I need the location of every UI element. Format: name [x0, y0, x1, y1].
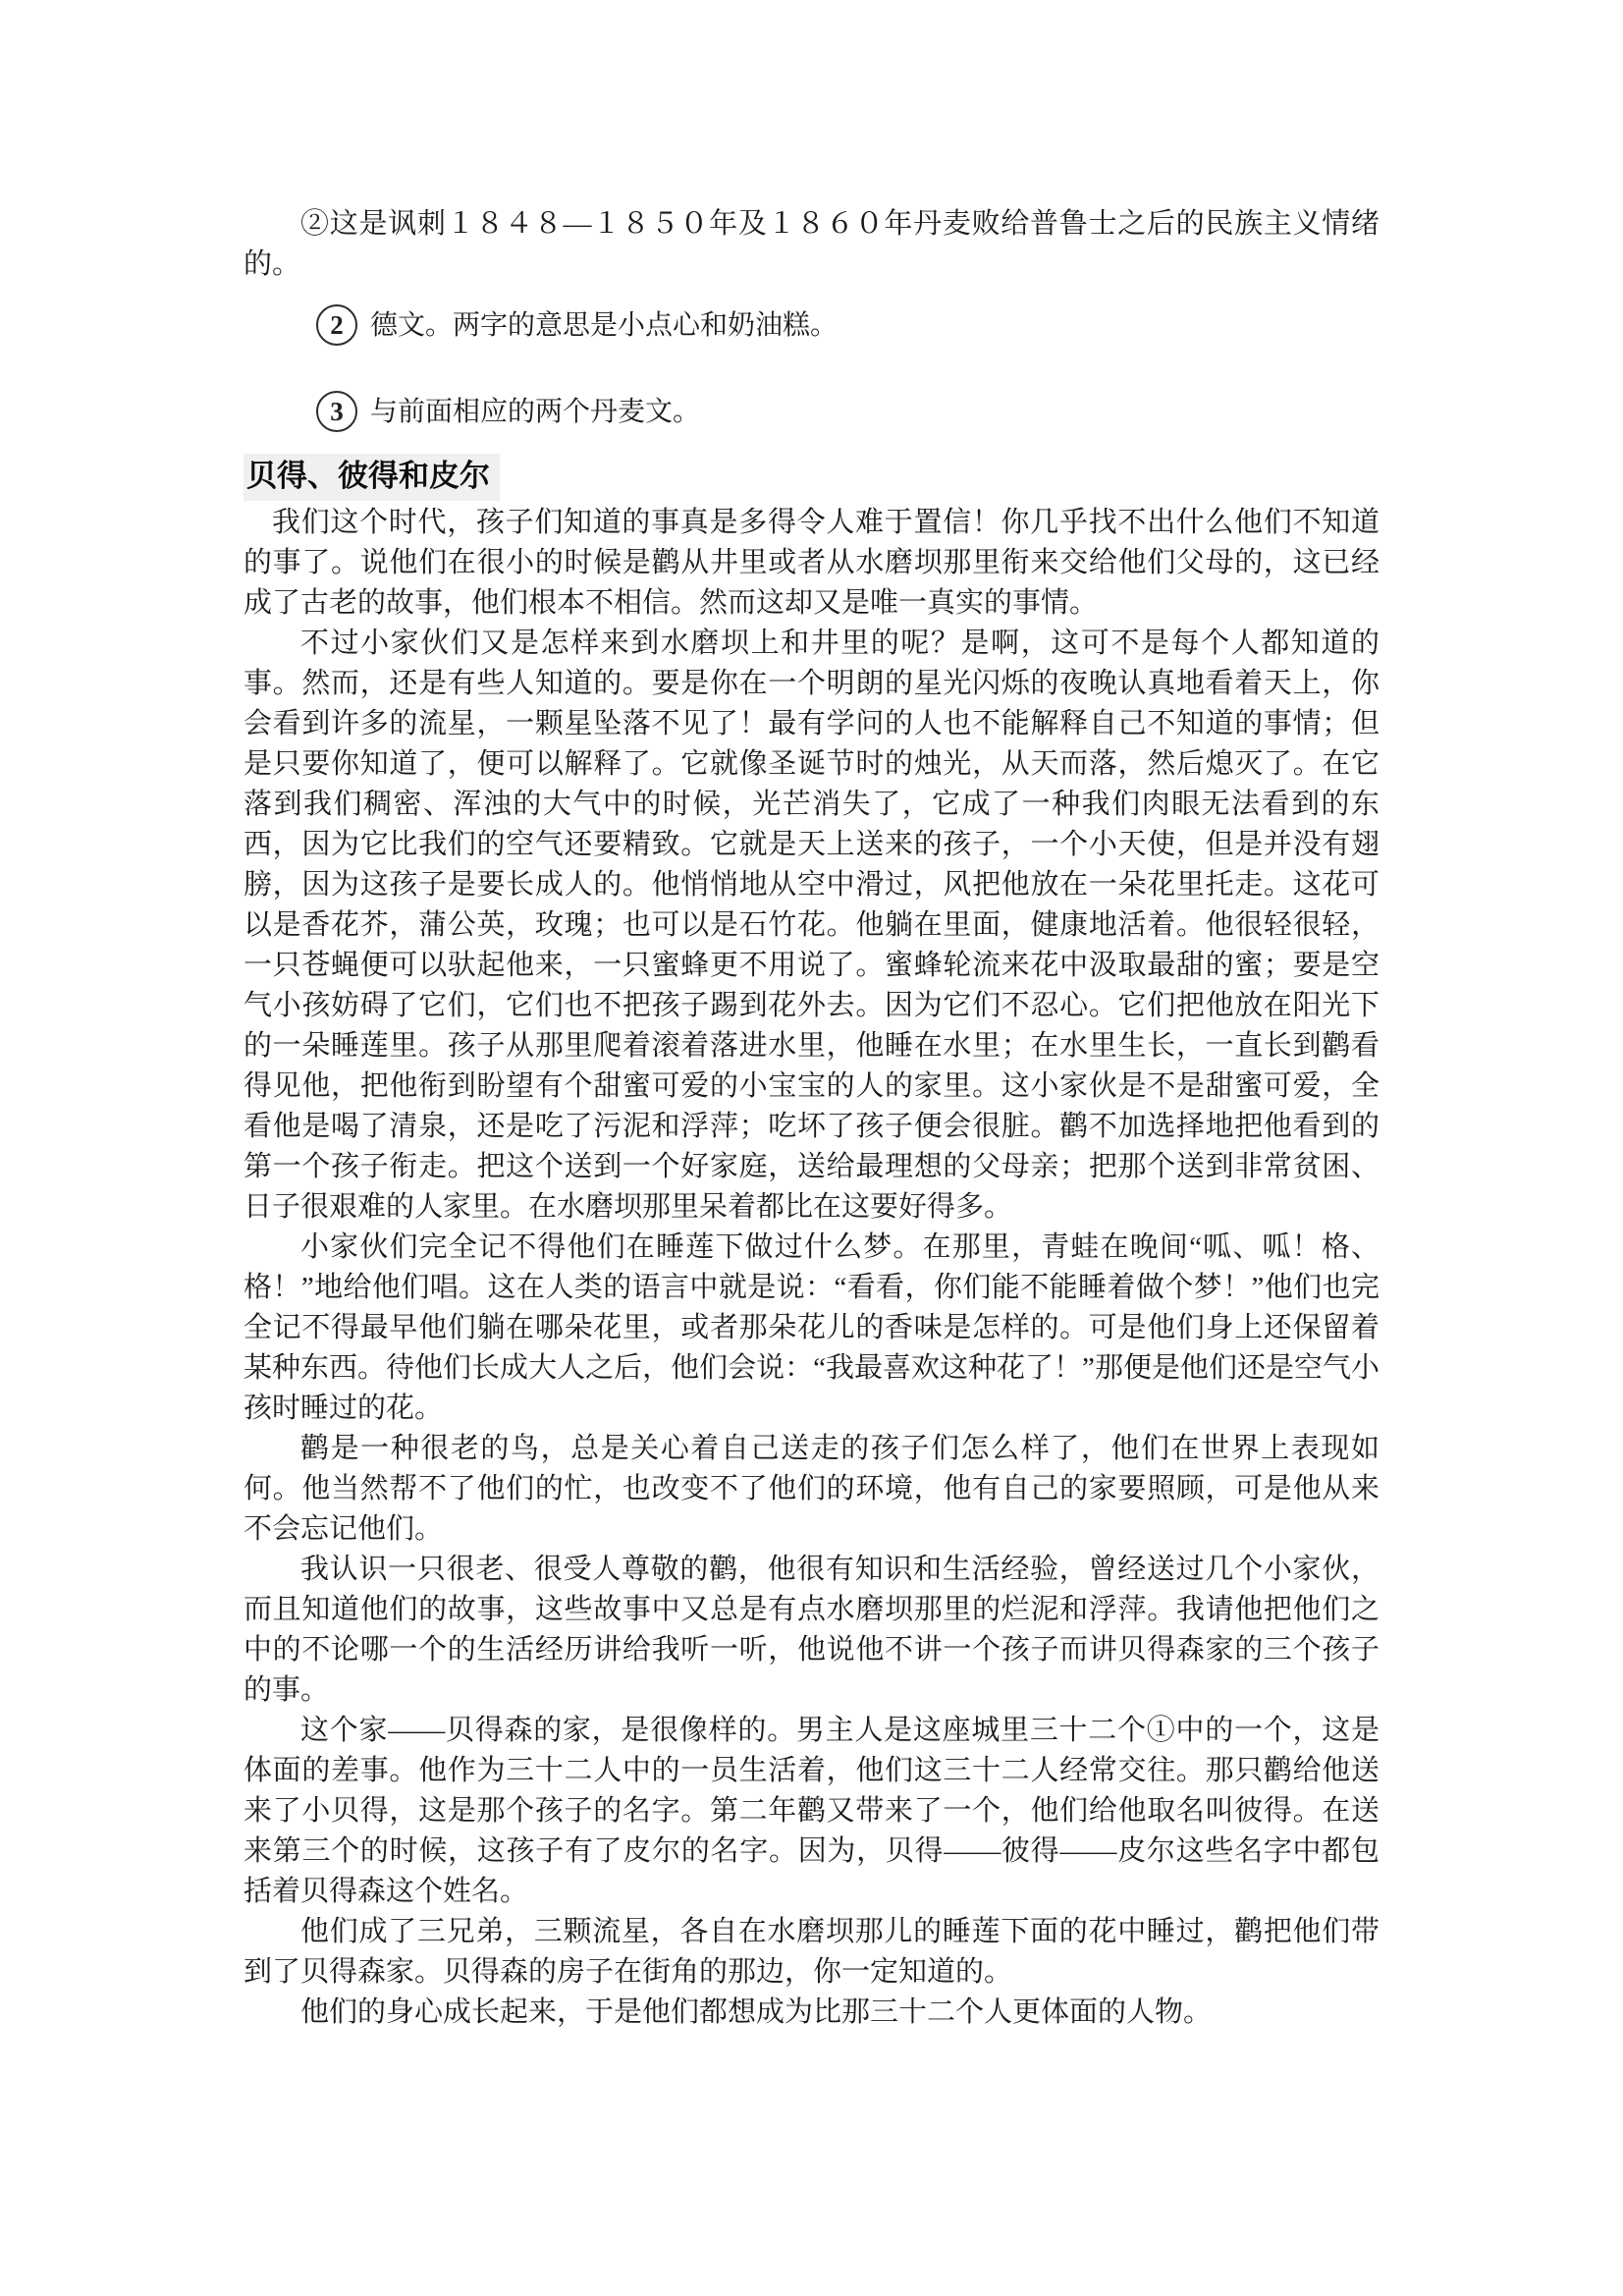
- story-paragraph: 我认识一只很老、很受人尊敬的鹳，他很有知识和生活经验，曾经送过几个小家伙，而且知…: [243, 1550, 1380, 1711]
- circled-number-2-icon: 2: [316, 304, 357, 346]
- document-page: ②这是讽刺１８４８—１８５０年及１８６０年丹麦败给普鲁士之后的民族主义情绪的。 …: [0, 0, 1623, 2296]
- story-title-text: 贝得、彼得和皮尔: [243, 454, 500, 501]
- story-paragraph: 鹳是一种很老的鸟，总是关心着自己送走的孩子们怎么样了，他们在世界上表现如何。他当…: [243, 1429, 1380, 1550]
- story-paragraph: 他们成了三兄弟，三颗流星，各自在水磨坝那儿的睡莲下面的花中睡过，鹳把他们带到了贝…: [243, 1912, 1380, 1993]
- story-paragraph: 他们的身心成长起来，于是他们都想成为比那三十二个人更体面的人物。: [243, 1993, 1380, 2033]
- footnote-item-3: 3 与前面相应的两个丹麦文。: [316, 391, 1380, 432]
- footnote-2-text: 德文。两字的意思是小点心和奶油糕。: [370, 305, 838, 346]
- story-paragraph: 不过小家伙们又是怎样来到水磨坝上和井里的呢？是啊，这可不是每个人都知道的事。然而…: [243, 624, 1380, 1228]
- footnote-item-2: 2 德文。两字的意思是小点心和奶油糕。: [316, 304, 1380, 346]
- story-paragraph: 小家伙们完全记不得他们在睡莲下做过什么梦。在那里，青蛙在晚间“呱、呱！格、格！”…: [243, 1228, 1380, 1429]
- story-paragraph: 这个家——贝得森的家，是很像样的。男主人是这座城里三十二个①中的一个，这是体面的…: [243, 1711, 1380, 1912]
- footnote-3-text: 与前面相应的两个丹麦文。: [370, 392, 700, 432]
- circled-number-3-icon: 3: [316, 391, 357, 432]
- story-paragraph: 我们这个时代，孩子们知道的事真是多得令人难于置信！你几乎找不出什么他们不知道的事…: [243, 503, 1380, 624]
- footnote-nationalism-text: ②这是讽刺１８４８—１８５０年及１８６０年丹麦败给普鲁士之后的民族主义情绪的。: [243, 204, 1380, 285]
- story-title: 贝得、彼得和皮尔: [243, 454, 1380, 501]
